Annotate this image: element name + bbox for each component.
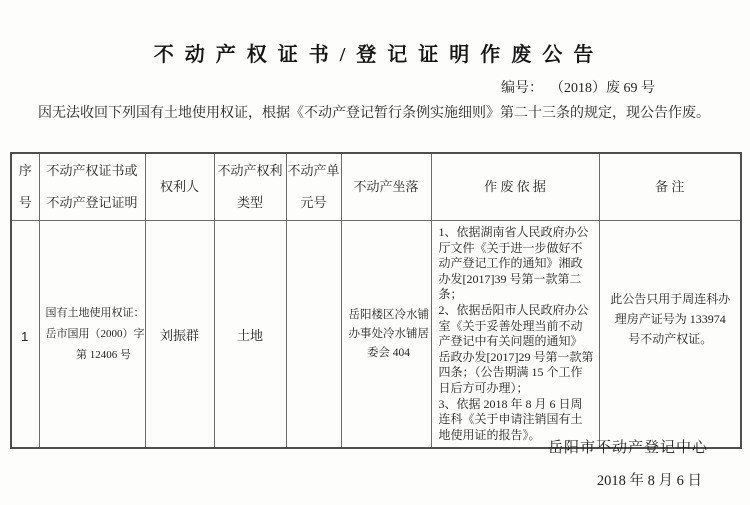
page-title: 不 动 产 权 证 书 / 登 记 证 明 作 废 公 告 xyxy=(0,38,750,67)
header-basis: 作 废 依 据 xyxy=(431,153,599,221)
cell-remarks: 此公告只用于周连科办理房产证号为 133974 号不动产权证。 xyxy=(599,221,741,449)
header-unit-number: 不动产单 元号 xyxy=(286,153,341,221)
header-holder: 权利人 xyxy=(145,153,214,221)
cancellation-table: 序 号 不动产权证书或 不动产登记证明 权利人 不动产权利 类型 xyxy=(10,152,742,449)
header-row: 序 号 不动产权证书或 不动产登记证明 权利人 不动产权利 类型 xyxy=(11,153,741,221)
table-row: 1 国有土地使用权证： 岳市国用（2000）字 第 12406 号 刘振群 土地… xyxy=(11,221,741,449)
cell-certificate: 国有土地使用权证： 岳市国用（2000）字 第 12406 号 xyxy=(39,221,145,449)
header-remarks: 备 注 xyxy=(599,153,741,221)
header-certificate: 不动产权证书或 不动产登记证明 xyxy=(39,153,145,221)
doc-number-value: （2018）废 69 号 xyxy=(557,81,655,96)
doc-number-label: 编号： xyxy=(501,81,543,96)
cell-holder: 刘振群 xyxy=(145,221,214,449)
issue-date: 2018 年 8 月 6 日 xyxy=(0,469,750,490)
cell-basis: 1、依据湖南省人民政府办公厅文件《关于进一步做好不动产登记工作的通知》湘政办发[… xyxy=(431,221,599,449)
cell-unit-number xyxy=(286,221,341,449)
table-container: 序 号 不动产权证书或 不动产登记证明 权利人 不动产权利 类型 xyxy=(10,152,742,449)
cell-index: 1 xyxy=(11,221,39,449)
intro-paragraph: 因无法收回下列国有土地使用权证，根据《不动产登记暂行条例实施细则》第二十三条的规… xyxy=(38,105,722,123)
header-right-type: 不动产权利 类型 xyxy=(214,153,286,221)
doc-number-line: 编号：（2018）废 69 号 xyxy=(0,77,750,97)
cell-location: 岳阳楼区冷水铺 办事处冷水铺居 委会 404 xyxy=(341,221,431,449)
header-index: 序 号 xyxy=(11,153,39,221)
issuing-organization: 岳阳市不动产登记中心 xyxy=(0,436,750,457)
cell-right-type: 土地 xyxy=(214,221,286,449)
header-location: 不动产坐落 xyxy=(341,153,431,221)
